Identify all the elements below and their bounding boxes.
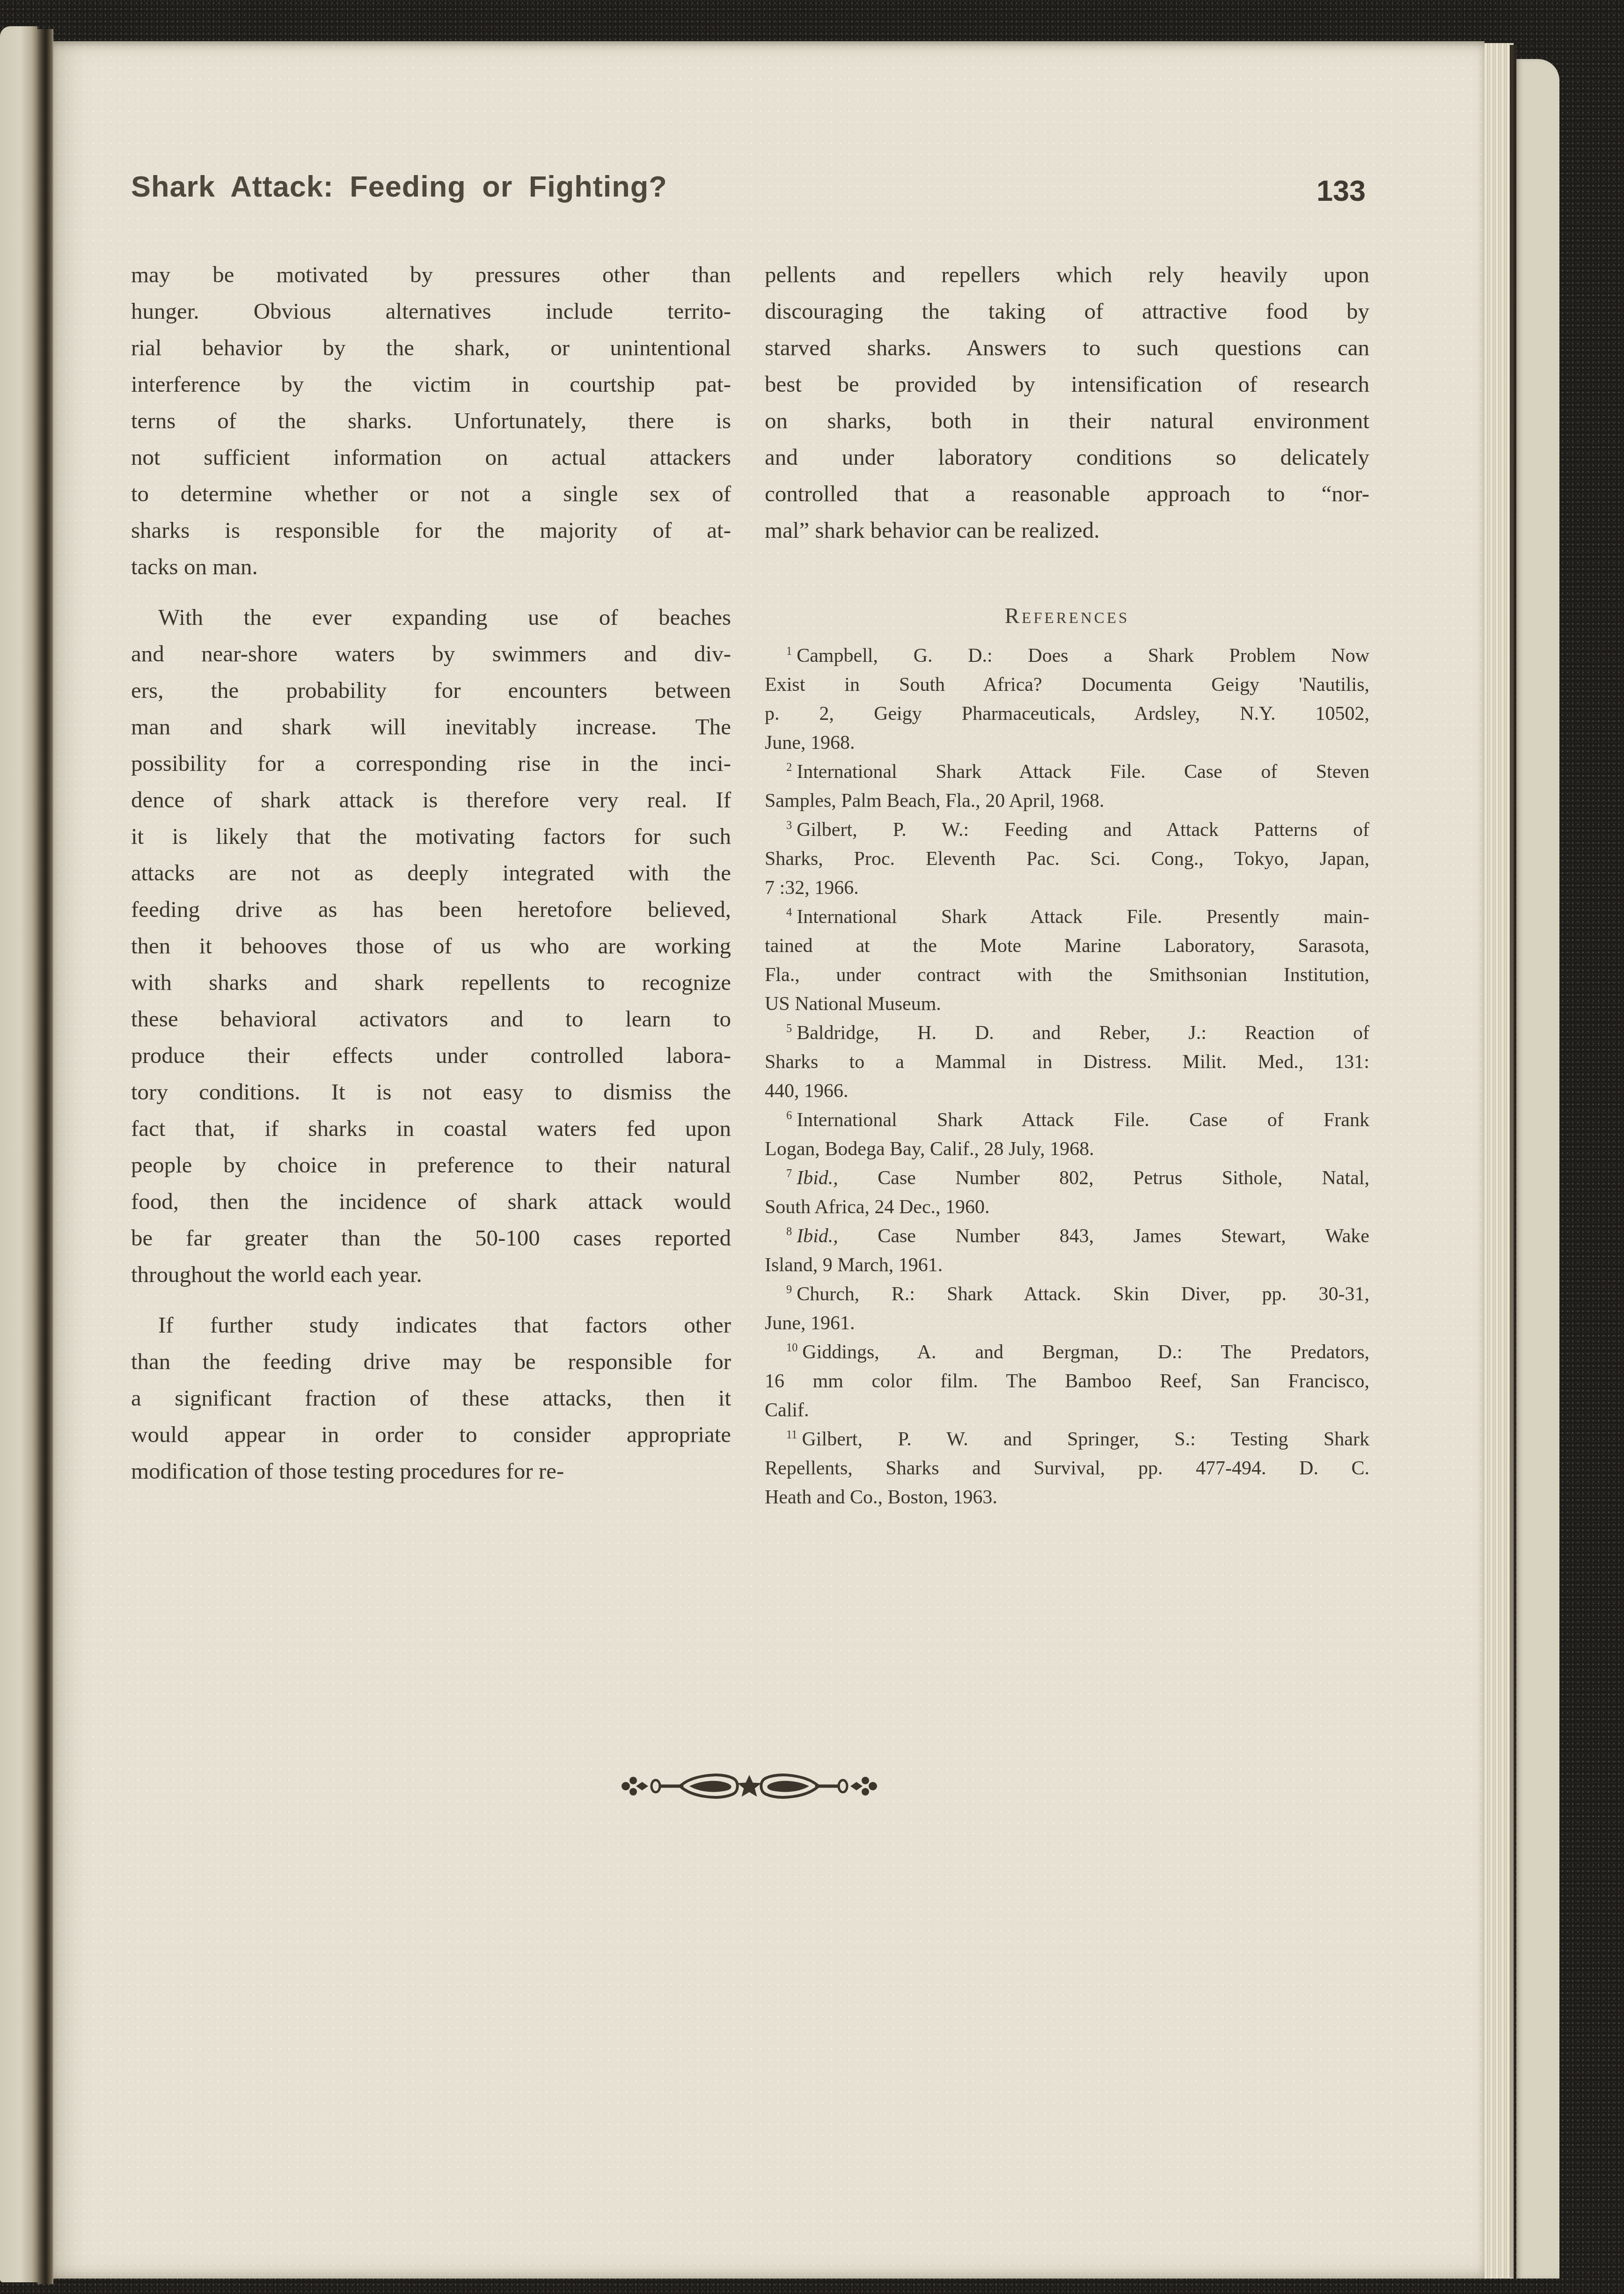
text-line: it is likely that the motivating factors… [131,818,731,855]
text-line: Sharks, Proc. Eleventh Pac. Sci. Cong., … [765,844,1369,873]
text-line: June, 1961. [765,1309,1369,1338]
text-line: Heath and Co., Boston, 1963. [765,1483,1369,1512]
text-line: tory conditions. It is not easy to dismi… [131,1074,731,1110]
left-flourish-icon [622,1775,738,1797]
text-line: 440, 1966. [765,1077,1369,1106]
reference-item: 7Ibid., Case Number 802, Petrus Sithole,… [765,1164,1369,1222]
text-line: would appear in order to consider approp… [131,1416,731,1453]
text-line: 4International Shark Attack File. Presen… [765,902,1369,931]
text-line: people by choice in preference to their … [131,1147,731,1183]
text-line: Calif. [765,1396,1369,1425]
text-line: South Africa, 24 Dec., 1960. [765,1193,1369,1222]
text-line: hunger. Obvious alternatives include ter… [131,293,731,330]
reference-item: 10Giddings, A. and Bergman, D.: The Pred… [765,1338,1369,1425]
text-line: Samples, Palm Beach, Fla., 20 April, 196… [765,786,1369,815]
text-line: 2International Shark Attack File. Case o… [765,757,1369,786]
running-head: Shark Attack: Feeding or Fighting? [131,170,667,203]
text-line: With the ever expanding use of beaches [131,599,731,636]
text-line: food, then the incidence of shark attack… [131,1183,731,1220]
text-line: terns of the sharks. Unfortunately, ther… [131,403,731,439]
text-line: tacks on man. [131,549,731,585]
text-line: Repellents, Sharks and Survival, pp. 477… [765,1454,1369,1483]
text-line: possibility for a corresponding rise in … [131,745,731,782]
left-text-column: may be motivated by pressures other than… [131,257,731,1503]
text-line: 11Gilbert, P. W. and Springer, S.: Testi… [765,1425,1369,1454]
section-divider-ornament [618,1771,880,1801]
reference-item: 11Gilbert, P. W. and Springer, S.: Testi… [765,1425,1369,1512]
star-icon [737,1775,761,1796]
references-heading: References [765,603,1369,629]
text-line: p. 2, Geigy Pharmaceuticals, Ardsley, N.… [765,699,1369,728]
text-line: Exist in South Africa? Documenta Geigy '… [765,670,1369,699]
text-line: 6International Shark Attack File. Case o… [765,1106,1369,1135]
reference-item: 1Campbell, G. D.: Does a Shark Problem N… [765,641,1369,757]
text-line: 1Campbell, G. D.: Does a Shark Problem N… [765,641,1369,670]
text-line: pellents and repellers which rely heavil… [765,257,1369,293]
text-line: rial behavior by the shark, or unintenti… [131,330,731,366]
text-line: dence of shark attack is therefore very … [131,782,731,818]
facing-page-edge [0,26,37,2282]
text-line: a significant fraction of these attacks,… [131,1380,731,1416]
text-line: controlled that a reasonable approach to… [765,476,1369,512]
right-flourish-icon [761,1775,877,1797]
book-page: Shark Attack: Feeding or Fighting? 133 m… [53,41,1485,2279]
text-line: sharks is responsible for the majority o… [131,512,731,549]
text-line: be far greater than the 50-100 cases rep… [131,1220,731,1256]
paragraph: With the ever expanding use of beachesan… [131,599,731,1293]
text-line: If further study indicates that factors … [131,1307,731,1343]
reference-item: 2International Shark Attack File. Case o… [765,757,1369,815]
references-list: 1Campbell, G. D.: Does a Shark Problem N… [765,641,1369,1512]
text-line: fact that, if sharks in coastal waters f… [131,1110,731,1147]
text-line: interference by the victim in courtship … [131,366,731,403]
text-line: than the feeding drive may be responsibl… [131,1343,731,1380]
text-line: these behavioral activators and to learn… [131,1001,731,1037]
reference-item: 6International Shark Attack File. Case o… [765,1106,1369,1164]
text-line: and near-shore waters by swimmers and di… [131,636,731,672]
text-line: then it behooves those of us who are wor… [131,928,731,964]
text-line: starved sharks. Answers to such question… [765,330,1369,366]
page-edges-stack [1485,43,1514,2279]
page-edge-shadow-line [1510,45,1516,2278]
text-line: and under laboratory conditions so delic… [765,439,1369,476]
paragraph: may be motivated by pressures other than… [131,257,731,585]
reference-item: 9Church, R.: Shark Attack. Skin Diver, p… [765,1280,1369,1338]
text-line: 7 :32, 1966. [765,873,1369,902]
text-line: 3Gilbert, P. W.: Feeding and Attack Patt… [765,815,1369,844]
text-line: attacks are not as deeply integrated wit… [131,855,731,891]
underlying-page-corner [1516,59,1559,2279]
book-gutter-shadow [37,29,53,2284]
text-line: feeding drive as has been heretofore bel… [131,891,731,928]
text-line: US National Museum. [765,989,1369,1019]
text-line: 8Ibid., Case Number 843, James Stewart, … [765,1222,1369,1251]
text-line: tained at the Mote Marine Laboratory, Sa… [765,931,1369,960]
right-text-column: pellents and repellers which rely heavil… [765,257,1369,1512]
text-line: 7Ibid., Case Number 802, Petrus Sithole,… [765,1164,1369,1193]
right-column-paragraphs: pellents and repellers which rely heavil… [765,257,1369,549]
reference-item: 8Ibid., Case Number 843, James Stewart, … [765,1222,1369,1280]
text-line: Island, 9 March, 1961. [765,1251,1369,1280]
text-line: 10Giddings, A. and Bergman, D.: The Pred… [765,1338,1369,1367]
text-line: man and shark will inevitably increase. … [131,709,731,745]
text-line: 16 mm color film. The Bamboo Reef, San F… [765,1367,1369,1396]
text-line: produce their effects under controlled l… [131,1037,731,1074]
reference-item: 5Baldridge, H. D. and Reber, J.: Reactio… [765,1019,1369,1106]
reference-item: 4International Shark Attack File. Presen… [765,902,1369,1019]
text-line: to determine whether or not a single sex… [131,476,731,512]
text-line: throughout the world each year. [131,1256,731,1293]
text-line: discouraging the taking of attractive fo… [765,293,1369,330]
text-line: ers, the probability for encounters betw… [131,672,731,709]
text-line: on sharks, both in their natural environ… [765,403,1369,439]
text-line: 9Church, R.: Shark Attack. Skin Diver, p… [765,1280,1369,1309]
page-number: 133 [1317,174,1366,208]
text-line: June, 1968. [765,728,1369,757]
text-line: with sharks and shark repellents to reco… [131,964,731,1001]
text-line: mal” shark behavior can be realized. [765,512,1369,549]
text-line: modification of those testing procedures… [131,1453,731,1489]
text-line: Fla., under contract with the Smithsonia… [765,960,1369,989]
text-line: not sufficient information on actual att… [131,439,731,476]
text-line: Logan, Bodega Bay, Calif., 28 July, 1968… [765,1135,1369,1164]
text-line: Sharks to a Mammal in Distress. Milit. M… [765,1048,1369,1077]
paragraph: pellents and repellers which rely heavil… [765,257,1369,549]
reference-item: 3Gilbert, P. W.: Feeding and Attack Patt… [765,815,1369,902]
text-line: may be motivated by pressures other than [131,257,731,293]
scanned-book-photo: Shark Attack: Feeding or Fighting? 133 m… [0,0,1624,2294]
paragraph: If further study indicates that factors … [131,1307,731,1489]
text-line: 5Baldridge, H. D. and Reber, J.: Reactio… [765,1019,1369,1048]
text-line: best be provided by intensification of r… [765,366,1369,403]
